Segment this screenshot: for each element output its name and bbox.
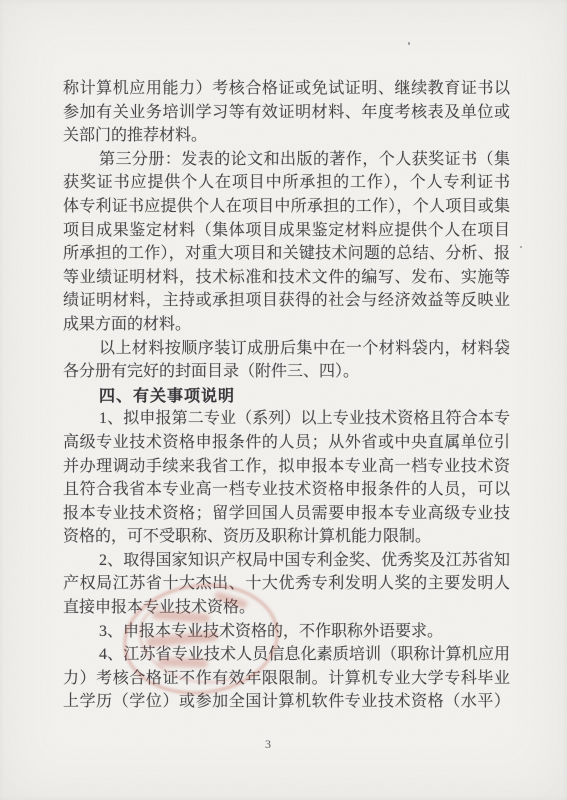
text-line: 以上材料按顺序装订成册后集中在一个材料袋内，材料袋和 — [63, 337, 510, 361]
text-line: 4、江苏省专业技术人员信息化素质培训（职称计算机应用能 — [63, 643, 510, 667]
text-line: 参加有关业务培训学习等有效证明材料、年度考核表及单位或有 — [63, 101, 510, 125]
text-line: 上学历（学位）或参加全国计算机软件专业技术资格（水平）考 — [63, 690, 510, 714]
text-line: 项目成果鉴定材料（集体项目成果鉴定材料应提供个人在项目中 — [63, 219, 510, 243]
text-line: 直接申报本专业技术资格。 — [63, 596, 510, 620]
scan-speck — [408, 42, 410, 45]
scanned-document-page: 称计算机应用能力）考核合格证或免试证明、继续教育证书以及参加有关业务培训学习等有… — [0, 0, 567, 800]
text-line: 1、拟申报第二专业（系列）以上专业技术资格且符合本专业 — [63, 407, 510, 431]
text-line: 获奖证书应提供个人在项目中所承担的工作），个人专利证书（集 — [63, 171, 510, 195]
text-line: 产权局江苏省十大杰出、十大优秀专利发明人奖的主要发明人可 — [63, 572, 510, 596]
text-line: 绩证明材料，主持或承担项目获得的社会与经济效益等反映业绩 — [63, 289, 510, 313]
text-line: 资格的，可不受职称、资历及职称计算机能力限制。 — [63, 525, 510, 549]
text-line: 3、申报本专业技术资格的，不作职称外语要求。 — [63, 620, 510, 644]
text-line: 关部门的推荐材料。 — [63, 124, 510, 148]
text-line: 报本专业技术资格；留学回国人员需要申报本专业高级专业技术 — [63, 502, 510, 526]
text-line: 称计算机应用能力）考核合格证或免试证明、继续教育证书以及 — [63, 77, 510, 101]
text-line: 且符合我省本专业高一档专业技术资格申报条件的人员，可以申 — [63, 478, 510, 502]
text-line: 等业绩证明材料，技术标准和技术文件的编写、发布、实施等业 — [63, 266, 510, 290]
section-heading: 四、有关事项说明 — [63, 384, 510, 408]
text-line: 力）考核合格证不作有效年限限制。计算机专业大学专科毕业以 — [63, 667, 510, 691]
page-number: 3 — [240, 737, 296, 752]
scan-speck — [520, 246, 522, 248]
text-line: 所承担的工作），对重大项目和关键技术问题的总结、分析、报告 — [63, 242, 510, 266]
text-line: 高级专业技术资格申报条件的人员；从外省或中央直属单位引进 — [63, 431, 510, 455]
text-line: 体专利证书应提供个人在项目中所承担的工作），个人项目或集体 — [63, 195, 510, 219]
text-line: 各分册有完好的封面目录（附件三、四）。 — [63, 360, 510, 384]
text-block: 称计算机应用能力）考核合格证或免试证明、继续教育证书以及参加有关业务培训学习等有… — [63, 77, 510, 714]
text-line: 并办理调动手续来我省工作，拟申报本专业高一档专业技术资格 — [63, 455, 510, 479]
text-line: 成果方面的材料。 — [63, 313, 510, 337]
text-line: 2、取得国家知识产权局中国专利金奖、优秀奖及江苏省知识 — [63, 549, 510, 573]
text-line: 第三分册：发表的论文和出版的著作，个人获奖证书（集体 — [63, 148, 510, 172]
